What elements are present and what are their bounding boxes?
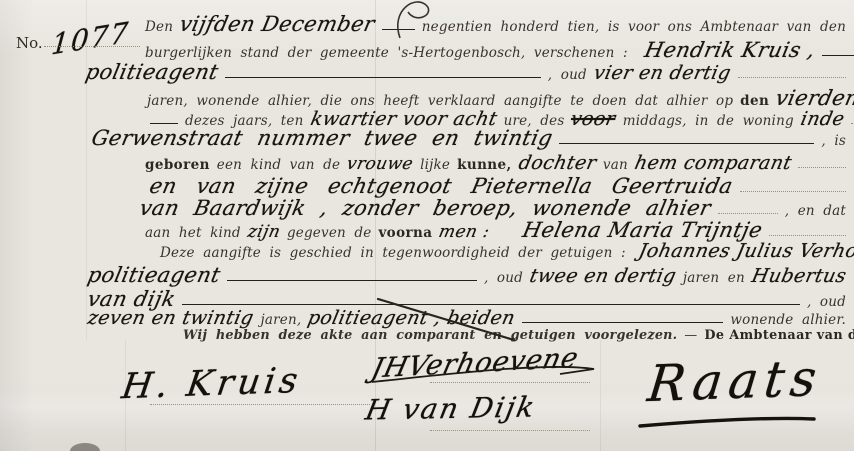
fill-rule-line [822, 55, 854, 56]
act-number-label: No. [16, 34, 43, 52]
birth-certificate-scan: No. 1077 Den vijfden December negentien … [0, 0, 854, 451]
line-witnesses-intro: Deze aangifte is geschied in tegenwoordi… [160, 240, 846, 262]
handwritten-declarant-age: vier en dertig [591, 62, 732, 84]
fold-crease-signature-right [600, 340, 601, 451]
handwritten-daughter: dochter [516, 152, 598, 174]
line-registrar-appeared: burgerlijken stand der gemeente 's-Herto… [145, 38, 846, 62]
handwritten-witness1-profession: politieagent [85, 263, 222, 287]
signature-registrar: Raats [645, 349, 825, 413]
fill-rule-line [182, 304, 800, 305]
printed-bold-text: den [740, 93, 769, 109]
scan-edge-shadow [70, 443, 100, 451]
handwritten-sex: vrouwe [345, 154, 415, 174]
signature-dotted-line [430, 382, 590, 383]
printed-bold-text: kunne, [457, 157, 512, 173]
act-number: No. 1077 [16, 22, 130, 55]
handwritten-witness1-age: twee en dertig [528, 265, 679, 287]
line-witness2-details: zeven en twintig jaren, politieagent , b… [88, 307, 846, 329]
dotted-leader [769, 235, 846, 236]
printed-closing-italic: Wij hebben deze akte aan comparant en ge… [183, 328, 677, 343]
printed-text: van [603, 157, 628, 173]
dotted-leader [718, 213, 778, 214]
handwritten-witness2-firstname: Hubertus [750, 265, 849, 287]
printed-text: , oud [484, 270, 523, 286]
fill-rule-line [522, 322, 723, 323]
handwritten-mother-name: en van zijne echtgenoot Pieternella Geer… [147, 174, 735, 198]
printed-text: wonende alhier. [730, 312, 846, 328]
printed-text: lijke [420, 157, 450, 173]
handwritten-act-date: vijfden December [178, 12, 378, 36]
printed-text: aan het kind [145, 225, 241, 241]
handwritten-mother-surname-occupation: van Baardwijk , zonder beroep, wonende a… [137, 196, 713, 220]
line-mother-name: en van zijne echtgenoot Pieternella Geer… [150, 174, 846, 198]
printed-text: , en dat [785, 203, 846, 219]
handwritten-witness1-name: Johannes Julius Verhoeven , [636, 240, 854, 262]
printed-bold-text: voorna [378, 225, 432, 241]
signature-declarant: H. Kruis [119, 361, 304, 407]
handwritten-birth-date: vierden December [774, 86, 854, 110]
line-child-sex: geboren een kind van de vrouwe lijke kun… [145, 152, 846, 174]
dotted-leader [798, 167, 846, 168]
printed-text: Deze aangifte is geschied in tegenwoordi… [160, 245, 626, 261]
handwritten-witness2-profession: politieagent , beiden [306, 307, 518, 329]
printed-text: jaren en [683, 270, 745, 286]
printed-text: burgerlijken stand der gemeente 's-Herto… [145, 45, 628, 61]
printed-text: , oud [548, 67, 587, 83]
printed-text: een kind van de [217, 157, 340, 173]
fill-rule-line [150, 123, 178, 124]
printed-text: Den [145, 19, 173, 35]
handwritten-declarant-name: Hendrik Kruis , [642, 38, 817, 62]
printed-text: jaren, [261, 312, 302, 328]
handwritten-zijn: zijn [246, 222, 282, 242]
line-closing-statement: Wij hebben deze akte aan comparant en ge… [183, 328, 844, 343]
signature-witness1: JHVerhoevene [369, 342, 582, 384]
line-child-names: aan het kind zijn gegeven de voorna men … [145, 218, 846, 242]
handwritten-of-declarant: hem comparant [633, 152, 794, 174]
signature-dotted-line [150, 404, 370, 405]
line-date-of-act: Den vijfden December negentien honderd t… [145, 12, 846, 36]
handwritten-profession: politieagent [83, 60, 220, 84]
fill-rule-line [225, 77, 541, 78]
fill-rule-line [227, 280, 477, 281]
act-number-underline [44, 46, 140, 47]
signature-witness2: H van Dijk [363, 390, 539, 426]
dotted-leader [738, 77, 847, 78]
line-declaration-birthdate: jaren, wonende alhier, die ons heeft ver… [147, 86, 846, 110]
signature-dotted-line [430, 430, 590, 431]
printed-text: gegeven de [287, 225, 372, 241]
printed-text: jaren, wonende alhier, die ons heeft ver… [147, 93, 733, 109]
line-witness1-details: politieagent , oud twee en dertig jaren … [88, 263, 846, 287]
fill-rule-line [382, 29, 415, 30]
line-mother-details: van Baardwijk , zonder beroep, wonende a… [140, 196, 846, 220]
handwritten-men: men : [437, 222, 492, 242]
handwritten-child-names: Helena Maria Trijntje [520, 218, 764, 242]
printed-text: , is [821, 133, 846, 149]
printed-text: negentien honderd tien, is voor ons Ambt… [422, 19, 846, 35]
printed-bold-text: geboren [145, 157, 210, 173]
printed-closing-bold: De Ambtenaar van den burgerlijken stand … [704, 328, 854, 343]
handwritten-witness2-age: zeven en twintig [86, 307, 256, 329]
fill-rule-line [559, 143, 814, 144]
signature-underline-registrar [640, 418, 814, 426]
printed-dash: — [684, 328, 697, 343]
line-declarant-profession: politieagent , oud vier en dertig [86, 60, 846, 84]
handwritten-street-address: Gerwenstraat nummer twee en twintig [89, 126, 555, 150]
line-birth-address: Gerwenstraat nummer twee en twintig , is [92, 126, 846, 150]
dotted-leader [740, 191, 846, 192]
act-number-value: 1077 [50, 15, 131, 61]
